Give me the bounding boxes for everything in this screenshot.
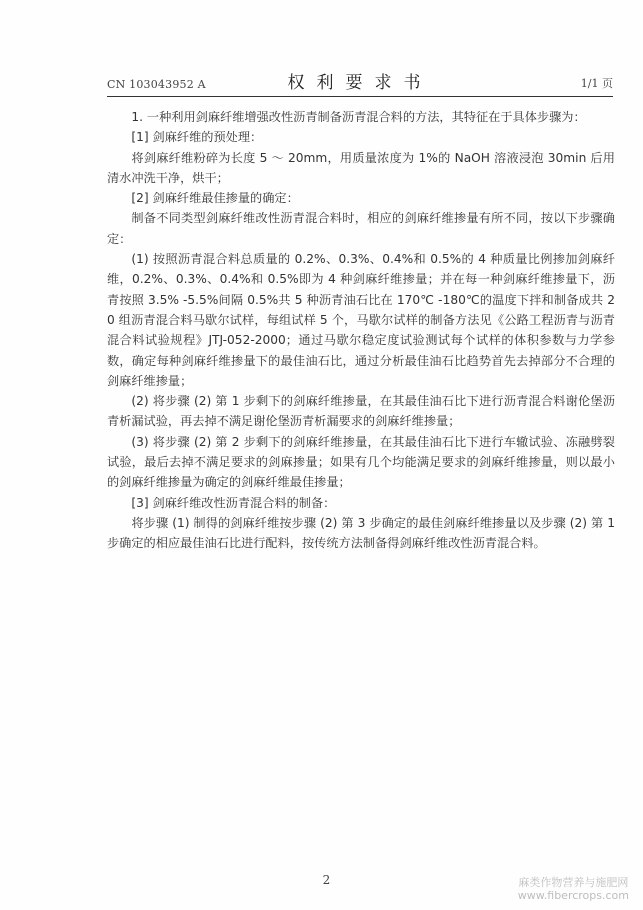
- step-2-intro: 制备不同类型剑麻纤维改性沥青混合料时，相应的剑麻纤维掺量有所不同，按以下步骤确定…: [107, 208, 615, 249]
- document-title: 权利要求书: [107, 68, 613, 93]
- step-1-text: 将剑麻纤维粉碎为长度 5 ～ 20mm，用质量浓度为 1%的 NaOH 溶液浸泡…: [107, 148, 615, 189]
- step-2-substep-3: (3) 将步骤 (2) 第 2 步剩下的剑麻纤维掺量，在其最佳油石比下进行车辙试…: [107, 432, 615, 493]
- page-indicator: 1/1 页: [581, 75, 613, 91]
- step-2-substep-2: (2) 将步骤 (2) 第 1 步剩下的剑麻纤维掺量，在其最佳油石比下进行沥青混…: [107, 391, 615, 432]
- patent-page: CN 103043952 A 权利要求书 1/1 页 1. 一种利用剑麻纤维增强…: [0, 0, 643, 910]
- step-1-heading: [1] 剑麻纤维的预处理：: [107, 127, 615, 147]
- document-header: CN 103043952 A 权利要求书 1/1 页: [107, 72, 613, 97]
- step-2-heading: [2] 剑麻纤维最佳掺量的确定：: [107, 188, 615, 208]
- step-2-substep-1: (1) 按照沥青混合料总质量的 0.2%、0.3%、0.4%和 0.5%的 4 …: [107, 249, 615, 391]
- step-3-text: 将步骤 (1) 制得的剑麻纤维按步骤 (2) 第 3 步确定的最佳剑麻纤维掺量以…: [107, 513, 615, 554]
- watermark: 麻类作物营养与施肥网 www.fibercrops.com: [518, 876, 629, 902]
- claim-1-intro: 1. 一种利用剑麻纤维增强改性沥青制备沥青混合料的方法，其特征在于具体步骤为：: [107, 107, 615, 127]
- step-3-heading: [3] 剑麻纤维改性沥青混合料的制备：: [107, 493, 615, 513]
- claims-body: 1. 一种利用剑麻纤维增强改性沥青制备沥青混合料的方法，其特征在于具体步骤为： …: [107, 107, 615, 554]
- watermark-site-name: 麻类作物营养与施肥网: [518, 876, 629, 889]
- watermark-url: www.fibercrops.com: [518, 889, 629, 902]
